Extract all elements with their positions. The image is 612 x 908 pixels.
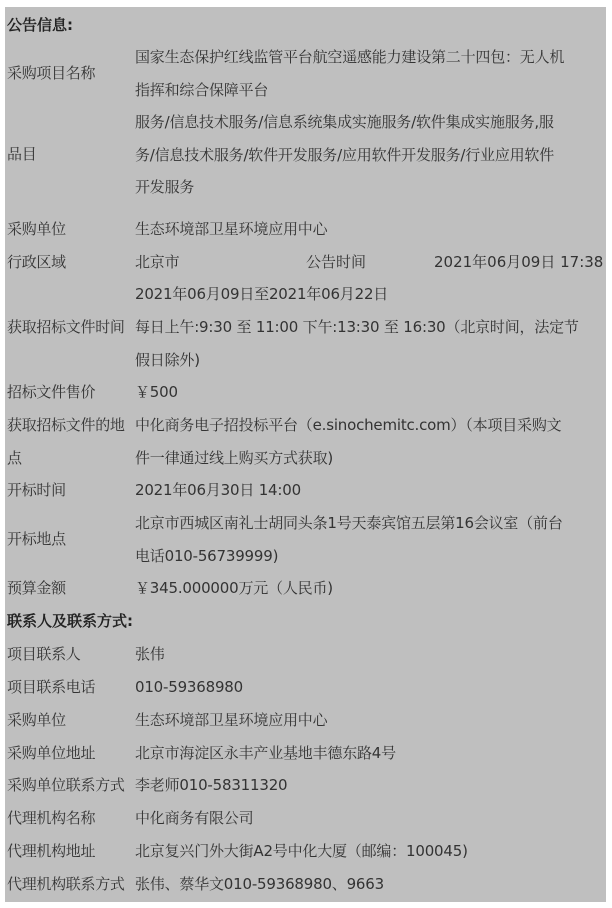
label-project-contact: 项目联系人 (7, 638, 81, 671)
value-contact-purchaser: 生态环境部卫星环境应用中心 (135, 704, 603, 737)
value-line: 北京市西城区南礼士胡同头条1号天泰宾馆五层第16会议室（前台 (135, 507, 603, 540)
label-agency-address: 代理机构地址 (7, 835, 95, 868)
section-title-notice: 公告信息: (7, 9, 73, 41)
label-purchaser-contact: 采购单位联系方式 (7, 769, 125, 802)
label-purchaser: 采购单位 (7, 213, 66, 246)
label-purchaser-address: 采购单位地址 (7, 737, 95, 770)
value-agency-address: 北京复兴门外大街A2号中化大厦（邮编：100045) (135, 835, 603, 868)
value-project-contact: 张伟 (135, 638, 603, 671)
value-line: 开发服务 (135, 171, 603, 204)
value-line: 每日上午:9:30 至 11:00 下午:13:30 至 16:30（北京时间，… (135, 311, 603, 344)
value-category: 服务/信息技术服务/信息系统集成实施服务/软件集成实施服务,服 务/信息技术服务… (135, 106, 603, 204)
row-doc-time: 获取招标文件时间 每日上午:9:30 至 11:00 下午:13:30 至 16… (5, 311, 606, 376)
value-project-phone: 010-59368980 (135, 671, 603, 704)
label-budget: 预算金额 (7, 572, 66, 605)
label-agency-contact: 代理机构联系方式 (7, 868, 125, 901)
label-category: 品目 (7, 138, 36, 171)
value-purchaser: 生态环境部卫星环境应用中心 (135, 213, 603, 246)
value-doc-time: 每日上午:9:30 至 11:00 下午:13:30 至 16:30（北京时间，… (135, 311, 603, 376)
value-line: 中化商务电子招投标平台（e.sinochemitc.com）（本项目采购文 (135, 409, 603, 442)
label-line: 点 (7, 442, 125, 475)
label-region: 行政区域 (7, 246, 66, 279)
value-line: 服务/信息技术服务/信息系统集成实施服务/软件集成实施服务,服 (135, 106, 603, 139)
row-project-name: 采购项目名称 国家生态保护红线监管平台航空遥感能力建设第二十四包：无人机 指挥和… (5, 41, 606, 106)
value-line: 电话010-56739999) (135, 540, 603, 573)
value-line: 指挥和综合保障平台 (135, 74, 603, 107)
label-open-place: 开标地点 (7, 523, 66, 556)
label-line: 获取招标文件的地 (7, 409, 125, 442)
announcement-panel: 公告信息: 采购项目名称 国家生态保护红线监管平台航空遥感能力建设第二十四包：无… (5, 7, 606, 902)
value-purchaser-address: 北京市海淀区永丰产业基地丰德东路4号 (135, 737, 603, 770)
value-open-place: 北京市西城区南礼士胡同头条1号天泰宾馆五层第16会议室（前台 电话010-567… (135, 507, 603, 572)
value-doc-place: 中化商务电子招投标平台（e.sinochemitc.com）（本项目采购文 件一… (135, 409, 603, 474)
value-open-time: 2021年06月30日 14:00 (135, 474, 603, 507)
value-agency-name: 中化商务有限公司 (135, 802, 603, 835)
value-doc-price: ￥500 (135, 376, 603, 409)
row-category: 品目 服务/信息技术服务/信息系统集成实施服务/软件集成实施服务,服 务/信息技… (5, 106, 606, 204)
label-project-name: 采购项目名称 (7, 57, 95, 90)
value-purchaser-contact: 李老师010-58311320 (135, 769, 603, 802)
value-line: 假日除外) (135, 344, 603, 377)
value-period: 2021年06月09日至2021年06月22日 (135, 278, 603, 311)
label-doc-place: 获取招标文件的地 点 (7, 409, 125, 474)
label-open-time: 开标时间 (7, 474, 66, 507)
value-announce-time: 2021年06月09日 17:38 (434, 246, 603, 279)
label-doc-price: 招标文件售价 (7, 376, 95, 409)
label-project-phone: 项目联系电话 (7, 671, 95, 704)
section-title-contact: 联系人及联系方式: (7, 605, 133, 637)
value-project-name: 国家生态保护红线监管平台航空遥感能力建设第二十四包：无人机 指挥和综合保障平台 (135, 41, 603, 106)
label-doc-time: 获取招标文件时间 (7, 311, 125, 344)
label-announce-time: 公告时间 (306, 246, 366, 279)
row-open-place: 开标地点 北京市西城区南礼士胡同头条1号天泰宾馆五层第16会议室（前台 电话01… (5, 507, 606, 572)
value-line: 国家生态保护红线监管平台航空遥感能力建设第二十四包：无人机 (135, 41, 603, 74)
row-doc-place: 获取招标文件的地 点 中化商务电子招投标平台（e.sinochemitc.com… (5, 409, 606, 474)
value-budget: ￥345.000000万元（人民币) (135, 572, 603, 605)
label-contact-purchaser: 采购单位 (7, 704, 66, 737)
value-agency-contact: 张伟、蔡华文010-59368980、9663 (135, 868, 603, 901)
label-agency-name: 代理机构名称 (7, 802, 95, 835)
value-line: 务/信息技术服务/软件开发服务/应用软件开发服务/行业应用软件 (135, 139, 603, 172)
value-line: 件一律通过线上购买方式获取) (135, 442, 603, 475)
